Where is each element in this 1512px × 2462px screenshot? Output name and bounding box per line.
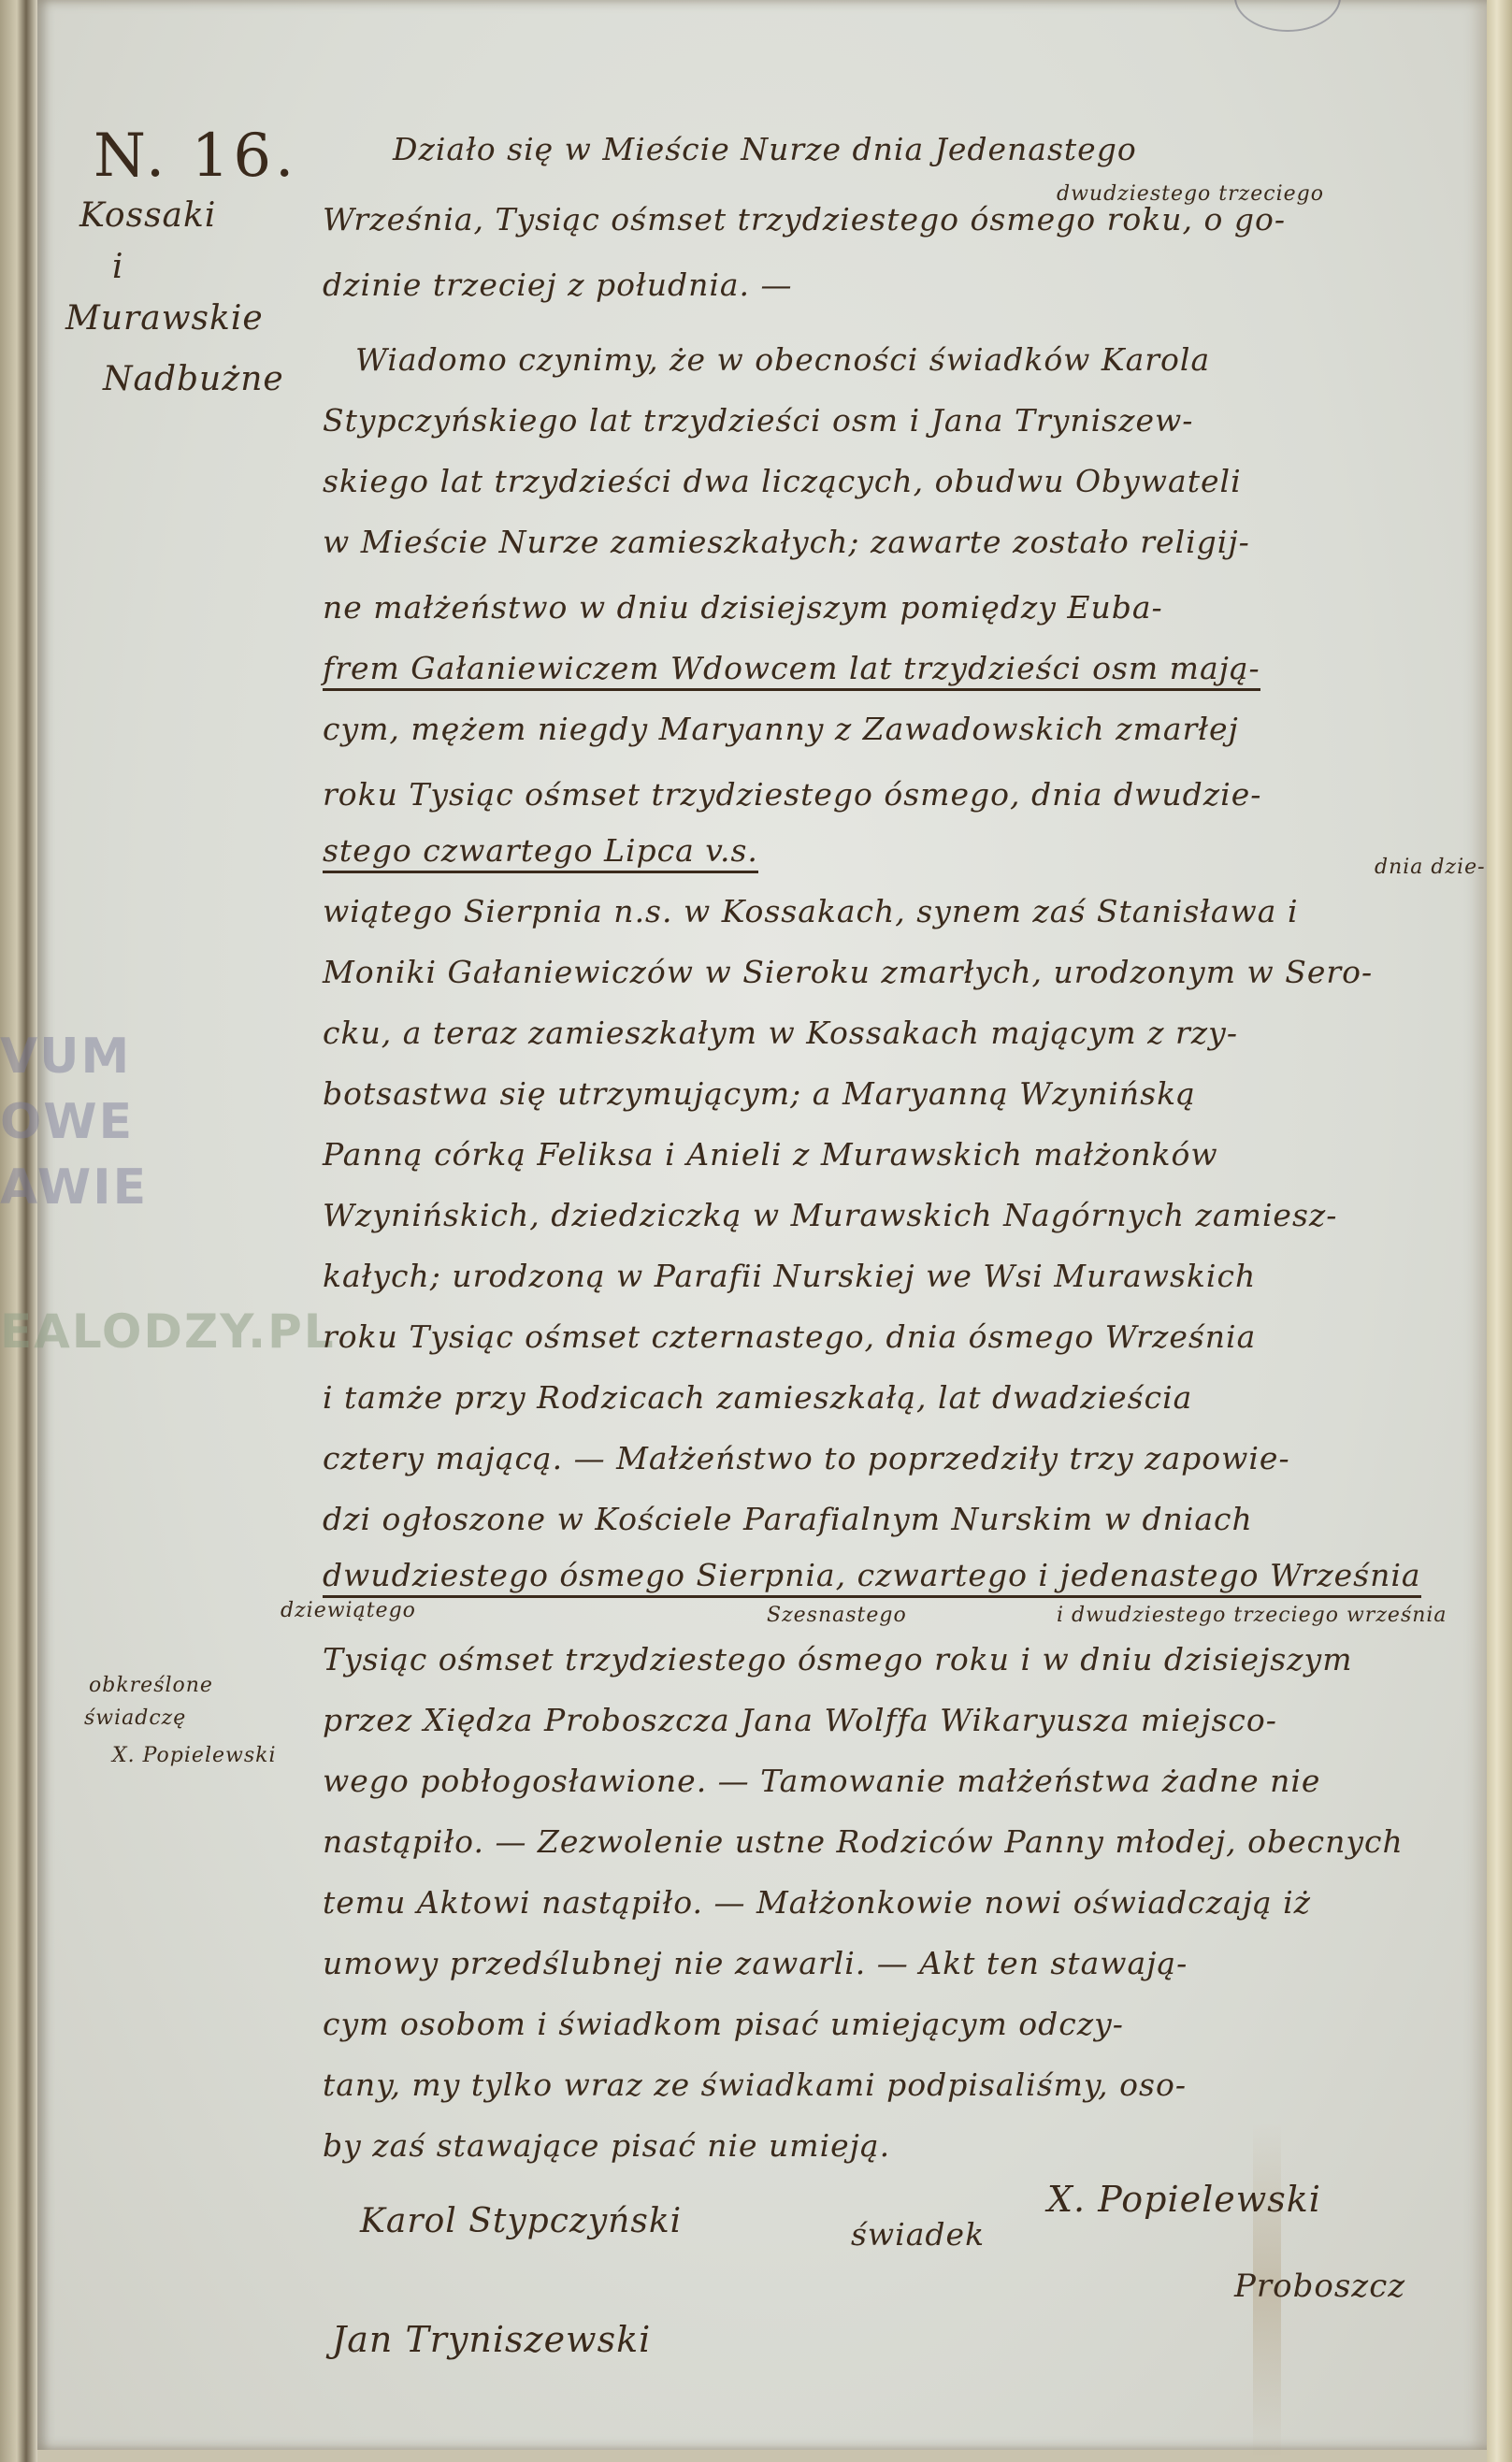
book-binding	[0, 0, 37, 2462]
body-line-23: dzi ogłoszone w Kościele Parafialnym Nur…	[323, 1501, 1253, 1537]
body-line-16: botsastwa się utrzymującym; a Maryanną W…	[323, 1075, 1196, 1112]
body-line-3: dzinie trzeciej z południa. —	[323, 266, 793, 303]
watermark-site: EALODZY.PL	[0, 1304, 336, 1359]
body-line-8: ne małżeństwo w dniu dzisiejszym pomiędz…	[323, 589, 1163, 626]
body-line-31: cym osobom i świadkom pisać umiejącym od…	[323, 2006, 1124, 2042]
body-line-18: Wzynińskich, dziedziczką w Murawskich Na…	[323, 1197, 1337, 1233]
body-line-14: Moniki Gałaniewiczów w Sieroku zmarłych,…	[323, 954, 1373, 990]
body-line-17: Panną córką Feliksa i Anieli z Murawskic…	[323, 1136, 1218, 1173]
correction-banns-1: dziewiątego	[281, 1599, 416, 1622]
body-line-6: skiego lat trzydzieści dwa liczących, ob…	[323, 463, 1242, 499]
body-line-9: frem Gałaniewiczem Wdowcem lat trzydzieś…	[323, 650, 1260, 691]
witness-signature-2: Jan Tryniszewski	[332, 2319, 651, 2360]
margin-note-signature: X. Popielewski	[112, 1744, 277, 1767]
body-line-32: tany, my tylko wraz ze świadkami podpisa…	[323, 2066, 1187, 2103]
margin-surname-1: Kossaki	[79, 196, 216, 235]
priest-signature: X. Popielewski	[1047, 2179, 1321, 2220]
body-line-30: umowy przedślubnej nie zawarli. — Akt te…	[323, 1945, 1188, 1981]
body-line-2: Września, Tysiąc ośmset trzydziestego ós…	[323, 201, 1286, 238]
margin-surname-2: Murawskie	[65, 299, 264, 338]
body-line-15: cku, a teraz zamieszkałym w Kossakach ma…	[323, 1015, 1238, 1051]
margin-note-2: świadczę	[84, 1706, 186, 1730]
body-line-24: dwudziestego ósmego Sierpnia, czwartego …	[323, 1557, 1421, 1598]
body-line-5: Stypczyńskiego lat trzydzieści osm i Jan…	[323, 402, 1193, 439]
witness-label: świadek	[851, 2216, 985, 2253]
margin-place: Nadbużne	[103, 360, 284, 398]
body-line-1: Działo się w Mieście Nurze dnia Jedenast…	[393, 131, 1137, 167]
body-line-27: wego pobłogosławione. — Tamowanie małżeń…	[323, 1763, 1320, 1799]
watermark-line-2: OWE	[0, 1094, 134, 1150]
body-line-25: Tysiąc ośmset trzydziestego ósmego roku …	[323, 1641, 1352, 1677]
margin-note-1: obkreślone	[89, 1674, 213, 1697]
body-line-7: w Mieście Nurze zamieszkałych; zawarte z…	[323, 524, 1250, 560]
margin-conjunction: i	[112, 248, 124, 286]
watermark-line-3: AWIE	[0, 1159, 148, 1216]
body-line-10: cym, mężem niegdy Maryanny z Zawadowskic…	[323, 711, 1239, 747]
page-edge	[1487, 0, 1512, 2462]
body-line-28: nastąpiło. — Zezwolenie ustne Rodziców P…	[323, 1823, 1404, 1860]
body-line-33: by zaś stawające pisać nie umieją.	[323, 2127, 890, 2164]
body-line-29: temu Aktowi nastąpiło. — Małżonkowie now…	[323, 1884, 1311, 1921]
body-line-12: stego czwartego Lipca v.s.	[323, 832, 758, 873]
correction-banns-2: Szesnastego	[767, 1604, 907, 1627]
body-line-21: i tamże przy Rodzicach zamieszkałą, lat …	[323, 1379, 1192, 1416]
entry-number: N. 16.	[94, 122, 297, 191]
body-line-11: roku Tysiąc ośmset trzydziestego ósmego,…	[323, 776, 1261, 813]
body-line-19: kałych; urodzoną w Parafii Nurskiej we W…	[323, 1258, 1256, 1294]
correction-banns-3: i dwudziestego trzeciego września	[1057, 1604, 1447, 1627]
watermark-line-1: VUM	[0, 1029, 131, 1085]
body-line-22: cztery mającą. — Małżeństwo to poprzedzi…	[323, 1440, 1290, 1476]
body-line-4: Wiadomo czynimy, że w obecności świadków…	[355, 341, 1210, 378]
body-line-20: roku Tysiąc ośmset czternastego, dnia ós…	[323, 1318, 1256, 1355]
correction-date-ns: dnia dzie-	[1375, 856, 1486, 879]
body-line-13: wiątego Sierpnia n.s. w Kossakach, synem…	[323, 893, 1299, 929]
body-line-26: przez Xiędza Proboszcza Jana Wolffa Wika…	[323, 1702, 1277, 1738]
witness-signature-1: Karol Stypczyński	[360, 2202, 682, 2240]
priest-title: Proboszcz	[1234, 2268, 1405, 2305]
